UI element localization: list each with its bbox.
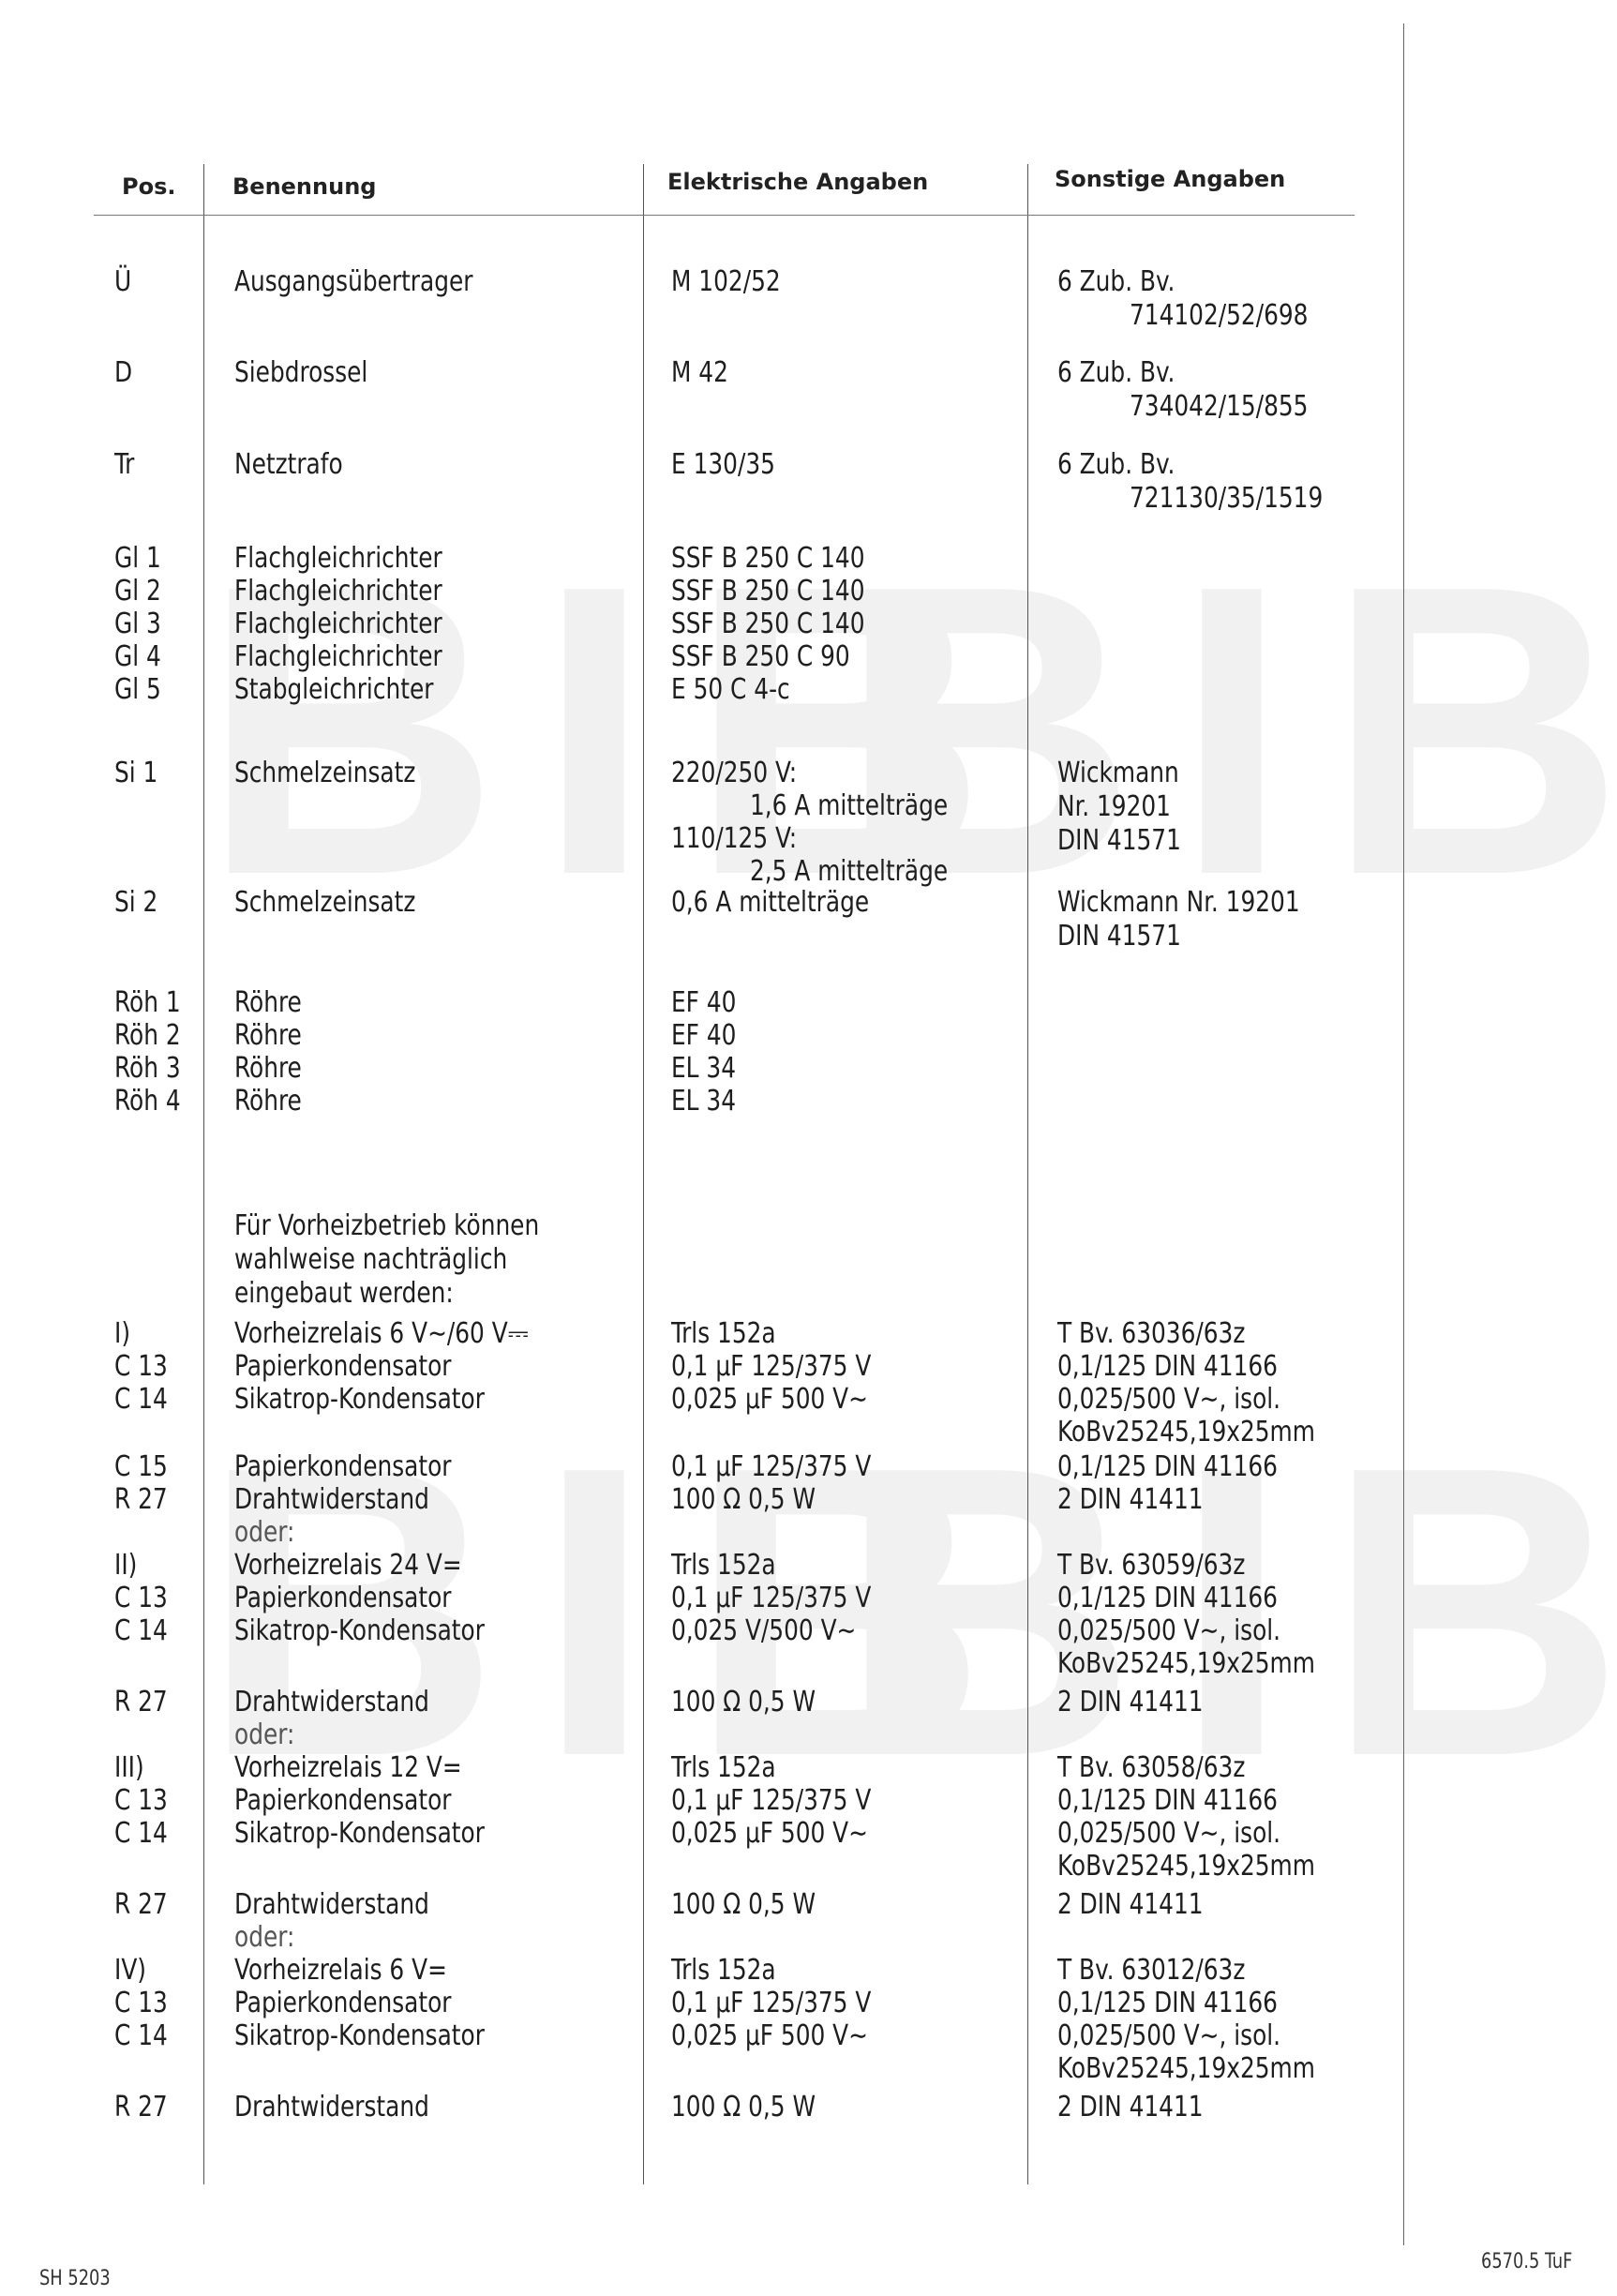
name-cell: Schmelzeinsatz <box>234 886 415 920</box>
pos-cell: Röh 4 <box>114 1085 181 1118</box>
header-pos: Pos. <box>122 173 175 200</box>
elec-cell: 0,1 µF 125/375 V <box>671 1784 871 1818</box>
name-cell: Vorheizrelais 6 V= <box>234 1954 447 1988</box>
name-cell: Schmelzeinsatz <box>234 757 415 790</box>
elec-cell: 0,025 µF 500 V∼ <box>671 2019 868 2053</box>
misc-cell: Wickmann Nr. 19201 <box>1057 886 1300 920</box>
pos-cell: C 13 <box>114 1582 168 1615</box>
name-cell: Vorheizrelais 24 V= <box>234 1549 462 1583</box>
pos-cell: C 15 <box>114 1450 168 1484</box>
pos-cell: C 13 <box>114 1987 168 2020</box>
pos-cell: Ü <box>114 265 131 299</box>
elec-cell: SSF B 250 C 90 <box>671 640 850 674</box>
name-cell: Stabgleichrichter <box>234 673 433 707</box>
pos-cell: D <box>114 356 132 390</box>
name-cell: Drahtwiderstand <box>234 1888 429 1922</box>
misc-cell: 0,025/500 V∼, isol. <box>1057 2019 1280 2053</box>
preheat-note: eingebaut werden: <box>234 1277 454 1311</box>
name-cell: Siebdrossel <box>234 356 367 390</box>
header-rule <box>94 215 1355 216</box>
misc-cell: DIN 41571 <box>1057 920 1181 953</box>
misc-cell: 6 Zub. Bv. <box>1057 356 1175 390</box>
pos-cell: C 13 <box>114 1784 168 1818</box>
misc-cell: KoBv25245,19x25mm <box>1057 1416 1315 1449</box>
elec-cell: M 42 <box>671 356 728 390</box>
pos-cell: C 14 <box>114 1614 168 1648</box>
misc-cell: Wickmann <box>1057 757 1179 790</box>
pos-cell: Si 1 <box>114 757 157 790</box>
elec-cell: SSF B 250 C 140 <box>671 608 865 641</box>
elec-cell: 0,6 A mittelträge <box>671 886 869 920</box>
misc-cell: Nr. 19201 <box>1057 790 1171 824</box>
name-cell: Vorheizrelais 6 V∼/60 V⎓ <box>234 1317 529 1351</box>
pos-cell: C 13 <box>114 1350 168 1384</box>
name-cell: Ausgangsübertrager <box>234 265 472 299</box>
name-cell: Drahtwiderstand <box>234 1686 429 1719</box>
elec-cell: SSF B 250 C 140 <box>671 542 865 576</box>
pos-cell: C 14 <box>114 2019 168 2053</box>
watermark: BIB <box>839 525 1617 938</box>
misc-cell: KoBv25245,19x25mm <box>1057 2052 1315 2086</box>
elec-cell: 0,025 µF 500 V∼ <box>671 1383 868 1417</box>
name-cell: Flachgleichrichter <box>234 640 442 674</box>
name-cell: Flachgleichrichter <box>234 575 442 608</box>
name-cell: Flachgleichrichter <box>234 542 442 576</box>
pos-cell: Gl 3 <box>114 608 161 641</box>
elec-cell: 100 Ω 0,5 W <box>671 1483 816 1517</box>
pos-cell: IV) <box>114 1954 146 1988</box>
or-separator: oder: <box>234 1921 294 1955</box>
misc-cell: 0,1/125 DIN 41166 <box>1057 1784 1278 1818</box>
pos-cell: Si 2 <box>114 886 157 920</box>
elec-cell: 0,1 µF 125/375 V <box>671 1450 871 1484</box>
elec-cell: EF 40 <box>671 1019 736 1053</box>
elec-cell: 2,5 A mittelträge <box>750 855 948 889</box>
elec-cell: EF 40 <box>671 986 736 1020</box>
column-divider <box>1027 164 1028 2184</box>
elec-cell: 100 Ω 0,5 W <box>671 1686 816 1719</box>
column-divider <box>203 164 204 2184</box>
misc-cell: KoBv25245,19x25mm <box>1057 1647 1315 1681</box>
name-cell: Drahtwiderstand <box>234 1483 429 1517</box>
pos-cell: R 27 <box>114 1483 168 1517</box>
elec-cell: 0,1 µF 125/375 V <box>671 1582 871 1615</box>
pos-cell: I) <box>114 1317 130 1351</box>
pos-cell: III) <box>114 1751 144 1785</box>
misc-cell: 2 DIN 41411 <box>1057 1483 1204 1517</box>
elec-cell: SSF B 250 C 140 <box>671 575 865 608</box>
misc-cell: 2 DIN 41411 <box>1057 1686 1204 1719</box>
elec-cell: EL 34 <box>671 1052 736 1086</box>
elec-cell: E 130/35 <box>671 448 775 482</box>
misc-cell: 734042/15/855 <box>1130 390 1308 424</box>
misc-cell: T Bv. 63012/63z <box>1057 1954 1245 1988</box>
name-cell: Papierkondensator <box>234 1350 451 1384</box>
or-separator: oder: <box>234 1718 294 1752</box>
pos-cell: C 14 <box>114 1817 168 1851</box>
name-cell: Papierkondensator <box>234 1582 451 1615</box>
pos-cell: Gl 2 <box>114 575 161 608</box>
name-cell: Vorheizrelais 12 V= <box>234 1751 462 1785</box>
elec-cell: Trls 152a <box>671 1751 776 1785</box>
header-misc: Sonstige Angaben <box>1055 166 1285 192</box>
page-edge-line <box>1403 23 1404 2245</box>
misc-cell: T Bv. 63059/63z <box>1057 1549 1245 1583</box>
misc-cell: 0,1/125 DIN 41166 <box>1057 1582 1278 1615</box>
elec-cell: 100 Ω 0,5 W <box>671 2091 816 2124</box>
name-cell: Papierkondensator <box>234 1450 451 1484</box>
misc-cell: 0,025/500 V∼, isol. <box>1057 1817 1280 1851</box>
name-cell: Netztrafo <box>234 448 343 482</box>
name-cell: Sikatrop-Kondensator <box>234 2019 485 2053</box>
elec-cell: M 102/52 <box>671 265 781 299</box>
name-cell: Sikatrop-Kondensator <box>234 1614 485 1648</box>
elec-cell: 0,025 V/500 V∼ <box>671 1614 856 1648</box>
elec-cell: 100 Ω 0,5 W <box>671 1888 816 1922</box>
misc-cell: 6 Zub. Bv. <box>1057 265 1175 299</box>
pos-cell: R 27 <box>114 2091 168 2124</box>
misc-cell: 2 DIN 41411 <box>1057 2091 1204 2124</box>
elec-cell: 1,6 A mittelträge <box>750 789 948 823</box>
footer-doc-id: SH 5203 <box>39 2267 111 2290</box>
misc-cell: 0,025/500 V∼, isol. <box>1057 1614 1280 1648</box>
pos-cell: Gl 5 <box>114 673 161 707</box>
pos-cell: C 14 <box>114 1383 168 1417</box>
or-separator: oder: <box>234 1516 294 1550</box>
misc-cell: 0,1/125 DIN 41166 <box>1057 1350 1278 1384</box>
pos-cell: R 27 <box>114 1686 168 1719</box>
misc-cell: 6 Zub. Bv. <box>1057 448 1175 482</box>
elec-cell: EL 34 <box>671 1085 736 1118</box>
pos-cell: II) <box>114 1549 137 1583</box>
misc-cell: 0,025/500 V∼, isol. <box>1057 1383 1280 1417</box>
footer-ref: 6570.5 TuF <box>1481 2250 1572 2273</box>
name-cell: Röhre <box>234 1052 302 1086</box>
pos-cell: Gl 1 <box>114 542 161 576</box>
elec-cell: Trls 152a <box>671 1317 776 1351</box>
name-cell: Papierkondensator <box>234 1987 451 2020</box>
name-cell: Sikatrop-Kondensator <box>234 1383 485 1417</box>
header-name: Benennung <box>232 173 376 200</box>
elec-cell: E 50 C 4-c <box>671 673 790 707</box>
elec-cell: 220/250 V: <box>671 757 797 790</box>
elec-cell: 0,1 µF 125/375 V <box>671 1350 871 1384</box>
pos-cell: Röh 1 <box>114 986 181 1020</box>
name-cell: Röhre <box>234 986 302 1020</box>
misc-cell: DIN 41571 <box>1057 824 1181 858</box>
pos-cell: Röh 3 <box>114 1052 181 1086</box>
misc-cell: 721130/35/1519 <box>1130 482 1323 516</box>
parts-list-page: BIB BIB BIB BIB Pos. Benennung Elektrisc… <box>0 0 1617 2296</box>
name-cell: Sikatrop-Kondensator <box>234 1817 485 1851</box>
elec-cell: 0,1 µF 125/375 V <box>671 1987 871 2020</box>
pos-cell: Gl 4 <box>114 640 161 674</box>
misc-cell: T Bv. 63058/63z <box>1057 1751 1245 1785</box>
pos-cell: Tr <box>114 448 134 482</box>
preheat-note: Für Vorheizbetrieb können <box>234 1209 539 1243</box>
misc-cell: KoBv25245,19x25mm <box>1057 1850 1315 1883</box>
column-divider <box>643 164 644 2184</box>
misc-cell: 2 DIN 41411 <box>1057 1888 1204 1922</box>
preheat-note: wahlweise nachträglich <box>234 1243 507 1277</box>
elec-cell: Trls 152a <box>671 1549 776 1583</box>
pos-cell: R 27 <box>114 1888 168 1922</box>
elec-cell: 0,025 µF 500 V∼ <box>671 1817 868 1851</box>
elec-cell: Trls 152a <box>671 1954 776 1988</box>
pos-cell: Röh 2 <box>114 1019 181 1053</box>
elec-cell: 110/125 V: <box>671 822 797 856</box>
header-elec: Elektrische Angaben <box>667 169 928 195</box>
name-cell: Flachgleichrichter <box>234 608 442 641</box>
misc-cell: 714102/52/698 <box>1130 299 1308 333</box>
name-cell: Papierkondensator <box>234 1784 451 1818</box>
name-cell: Röhre <box>234 1085 302 1118</box>
misc-cell: 0,1/125 DIN 41166 <box>1057 1987 1278 2020</box>
name-cell: Drahtwiderstand <box>234 2091 429 2124</box>
name-cell: Röhre <box>234 1019 302 1053</box>
misc-cell: T Bv. 63036/63z <box>1057 1317 1245 1351</box>
misc-cell: 0,1/125 DIN 41166 <box>1057 1450 1278 1484</box>
